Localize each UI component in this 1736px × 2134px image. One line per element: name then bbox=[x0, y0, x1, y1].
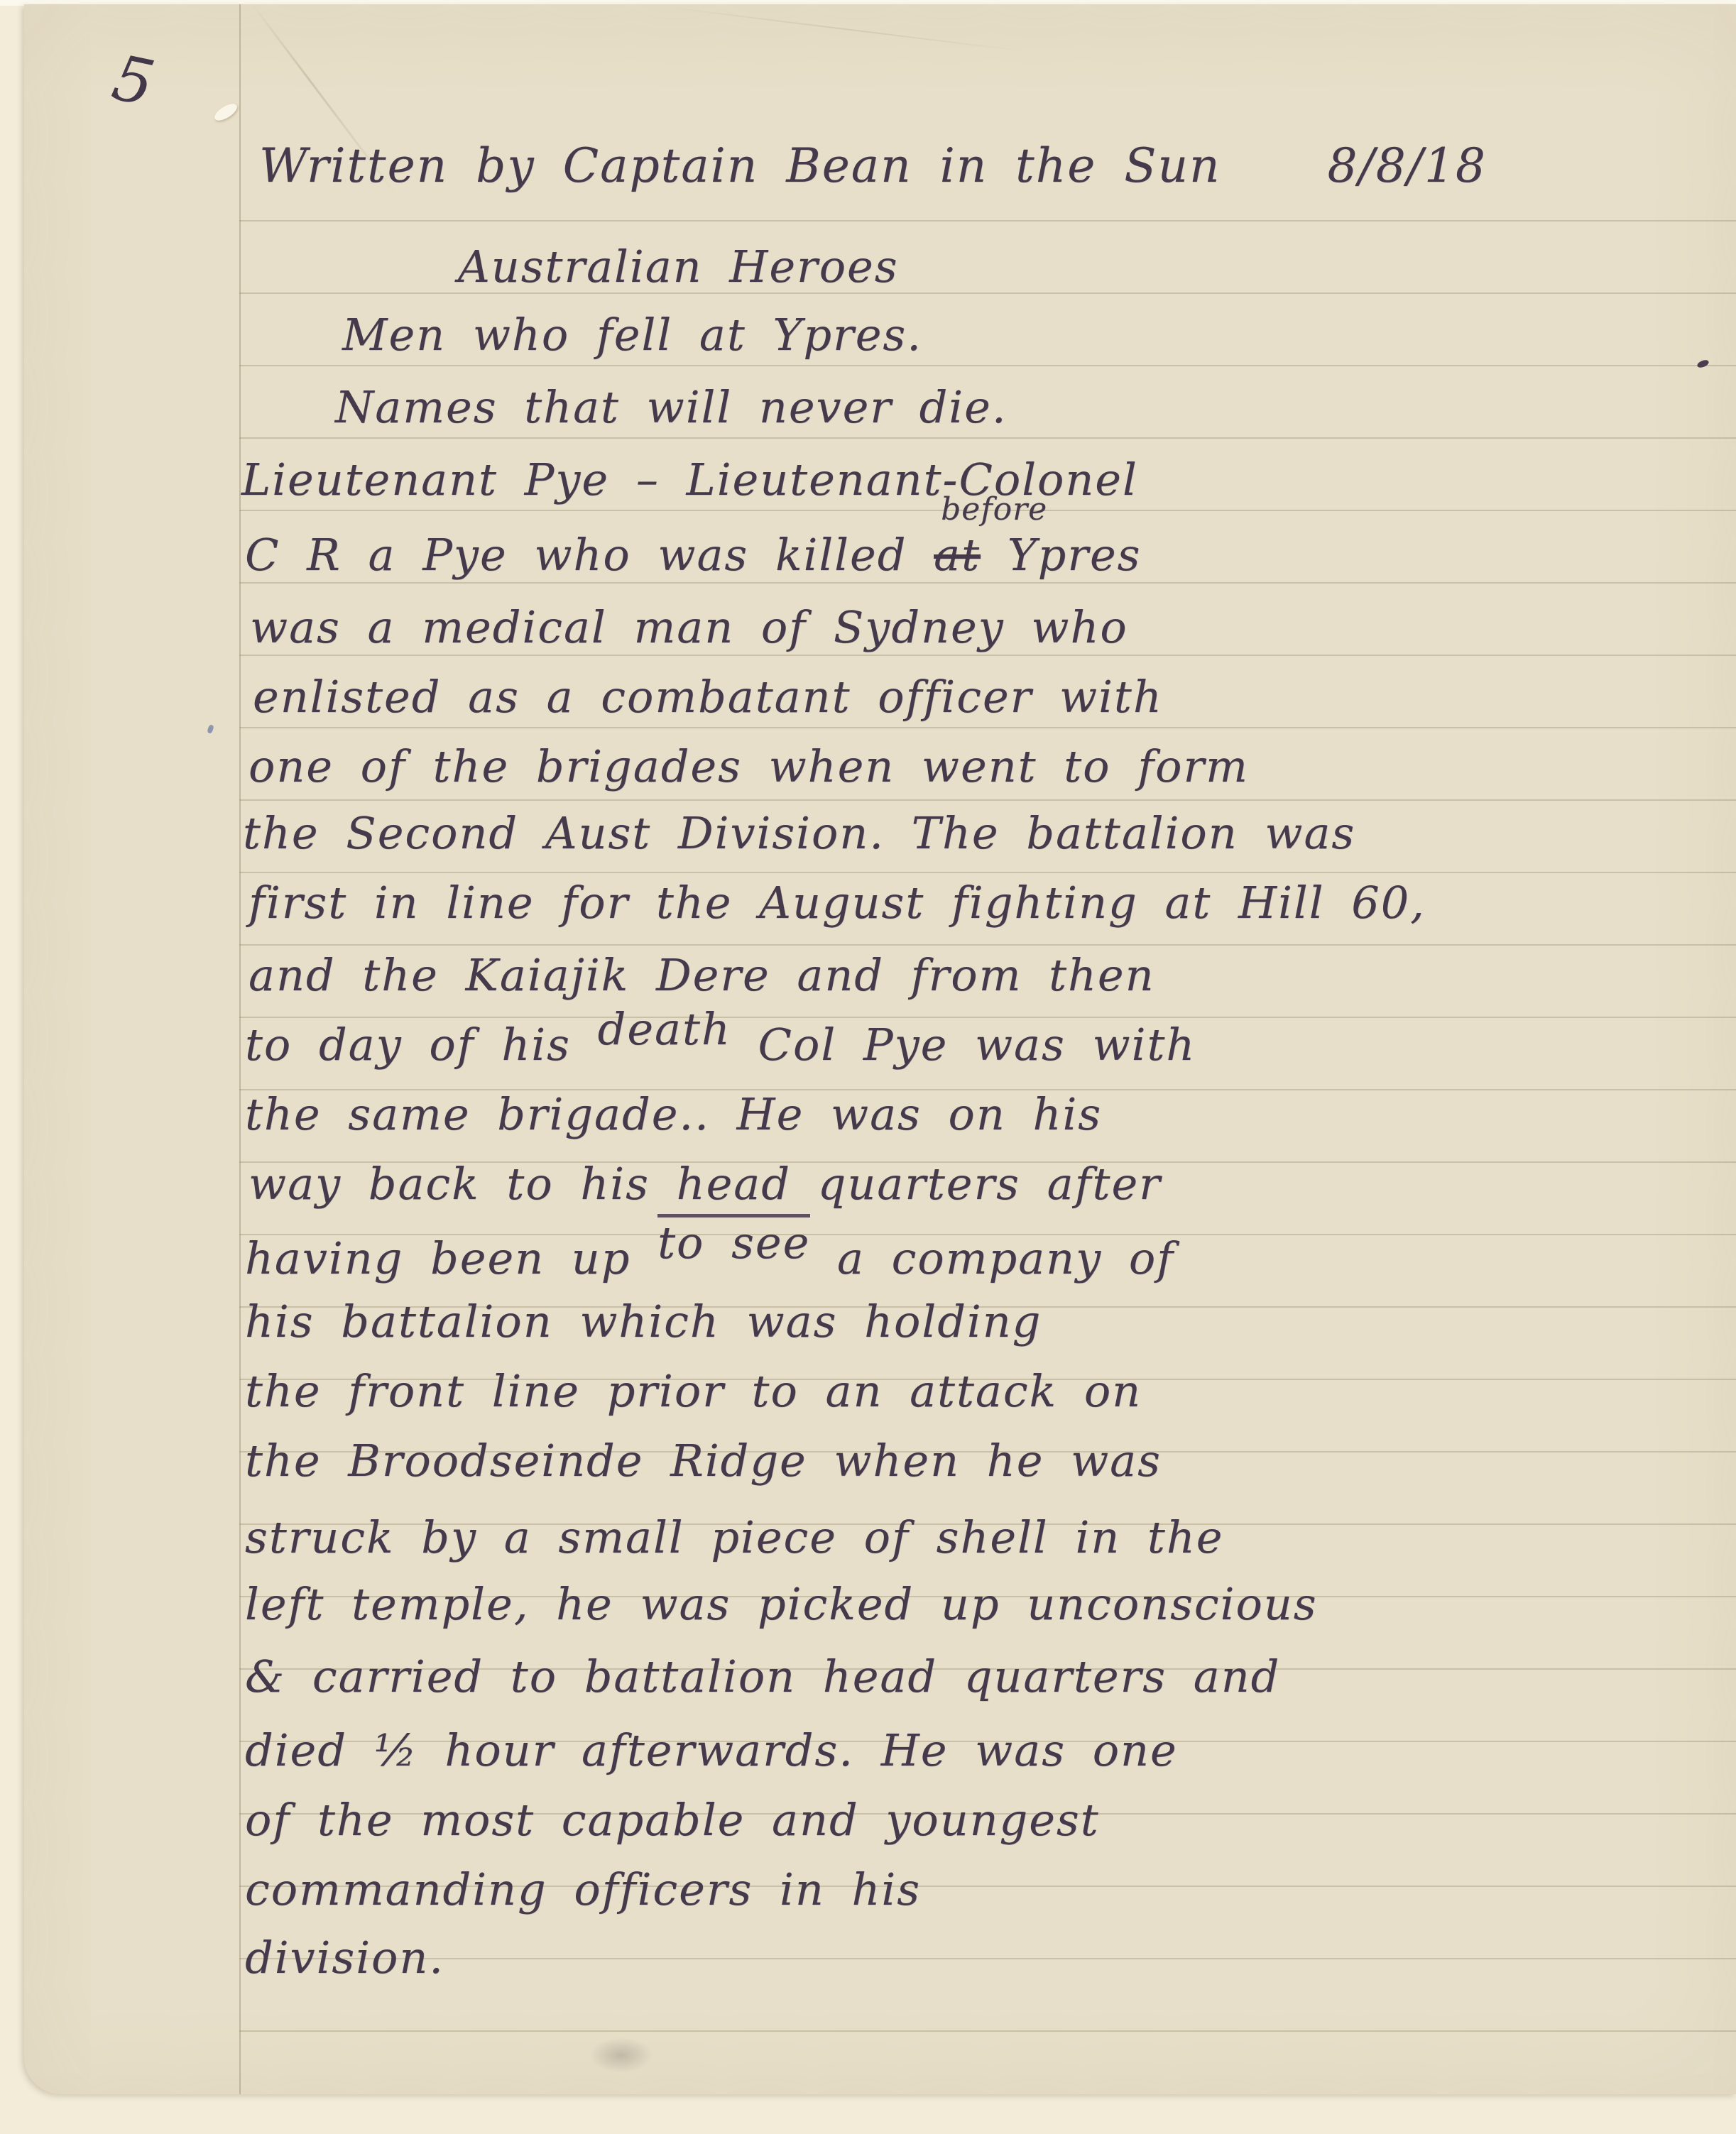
manuscript-line-16: having been up to see a company of bbox=[245, 1230, 1174, 1283]
manuscript-line-07: was a medical man of Sydney who bbox=[250, 603, 1128, 652]
manuscript-line-06: C R a Pye who was killed atbefore Ypres bbox=[245, 531, 1141, 579]
manuscript-line-19: the Broodseinde Ridge when he was bbox=[245, 1437, 1162, 1485]
manuscript-line-26: division. bbox=[245, 1934, 444, 1982]
date-text: 8/8/18 bbox=[1327, 138, 1486, 193]
manuscript-line-23: died ½ hour afterwards. He was one bbox=[245, 1727, 1178, 1775]
manuscript-line-15: way back to his head quarters after bbox=[249, 1160, 1162, 1208]
manuscript-line-13: to day of his death Col Pye was with bbox=[245, 1021, 1196, 1069]
manuscript-line-09: one of the brigades when went to form bbox=[249, 743, 1249, 791]
text-segment: to day of his bbox=[245, 1019, 571, 1071]
manuscript-line-21: left temple, he was picked up unconsciou… bbox=[245, 1580, 1318, 1629]
manuscript-line-03-subtitle: Men who fell at Ypres. bbox=[342, 311, 922, 359]
manuscript-line-01: Written by Captain Bean in the Sun8/8/18 bbox=[259, 141, 1487, 192]
scan-surface: 5 Written by Captain Bean in the Sun8/8/… bbox=[0, 0, 1736, 2134]
manuscript-line-02-title: Australian Heroes bbox=[458, 243, 899, 291]
byline-text: Written by Captain Bean in the Sun bbox=[259, 138, 1221, 193]
text-segment: Col Pye was with bbox=[758, 1019, 1196, 1071]
manuscript-line-24: of the most capable and youngest bbox=[245, 1796, 1100, 1844]
struck-word: at bbox=[934, 529, 981, 581]
manuscript-line-18: the front line prior to an attack on bbox=[245, 1367, 1142, 1416]
text-segment: Ypres bbox=[1008, 529, 1142, 581]
manuscript-line-22: & carried to battalion head quarters and bbox=[245, 1653, 1280, 1701]
manuscript-line-25: commanding officers in his bbox=[245, 1866, 921, 1914]
raised-word: death bbox=[598, 1005, 731, 1054]
margin-rule-line bbox=[239, 4, 241, 2094]
text-segment: C R a Pye who was killed bbox=[245, 529, 907, 581]
manuscript-line-12: and the Kaiajik Dere and from then bbox=[249, 951, 1155, 1000]
smudge-mark bbox=[589, 2037, 653, 2073]
text-segment: having been up bbox=[245, 1232, 630, 1284]
manuscript-line-04-subtitle: Names that will never die. bbox=[335, 383, 1008, 432]
manuscript-line-20: struck by a small piece of shell in the bbox=[245, 1514, 1223, 1562]
manuscript-line-17: his battalion which was holding bbox=[245, 1298, 1042, 1346]
manuscript-line-08: enlisted as a combatant officer with bbox=[253, 673, 1163, 721]
correction: atbefore bbox=[934, 531, 981, 579]
text-segment: a company of bbox=[837, 1232, 1174, 1284]
inserted-word: before bbox=[941, 493, 1047, 527]
manuscript-line-10: the Second Aust Division. The battalion … bbox=[243, 809, 1355, 858]
manuscript-line-14: the same brigade.. He was on his bbox=[245, 1090, 1102, 1139]
manuscript-line-11: first in line for the August fighting at… bbox=[249, 879, 1426, 927]
raised-words: to see bbox=[657, 1214, 810, 1267]
